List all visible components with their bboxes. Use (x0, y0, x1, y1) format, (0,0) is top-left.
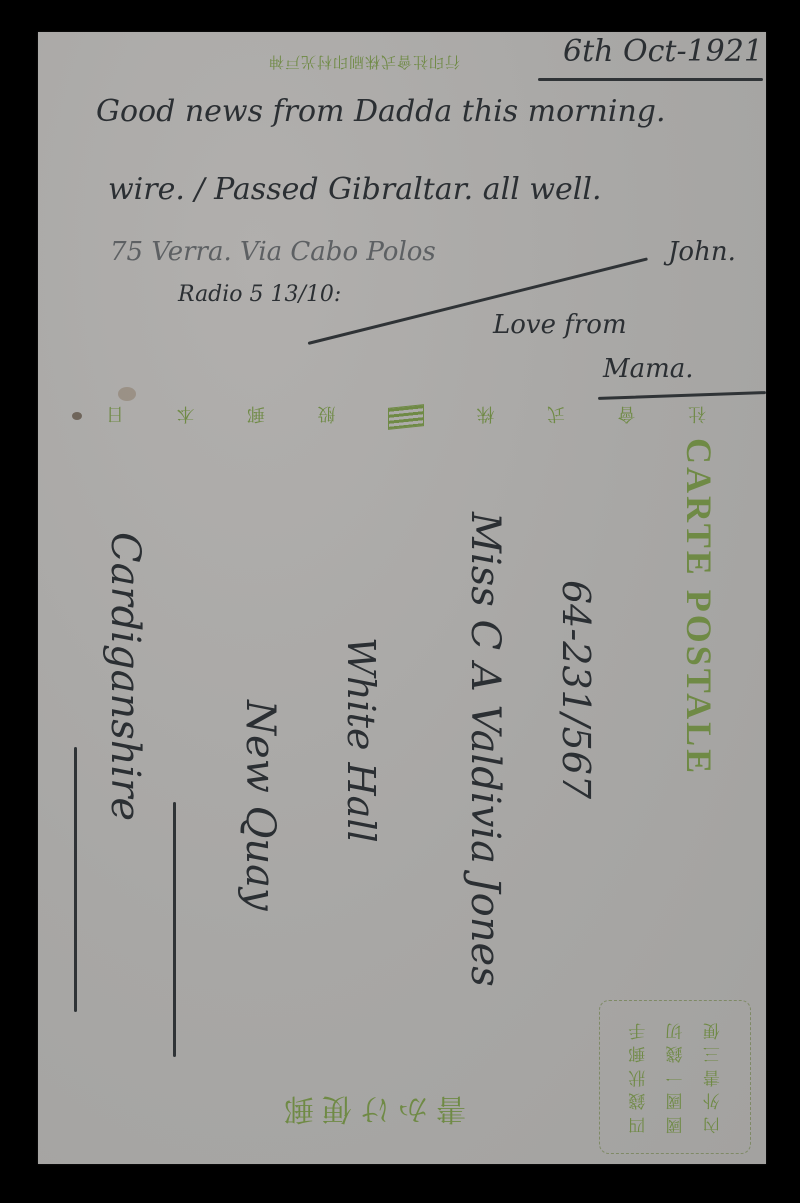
divider-char: 本 (177, 400, 195, 428)
stamp-char: 國 (655, 1088, 692, 1112)
stamp-char: 狀 (618, 1064, 655, 1088)
postcard: 行印社會式株刷印村光戸神 6th Oct-1921 Good news from… (38, 32, 766, 1164)
stamp-char: 內 (693, 1111, 730, 1135)
address-house: White Hall (339, 637, 383, 843)
stamp-char: 郵 (618, 1041, 655, 1065)
divider-char: 社 (688, 400, 706, 428)
address-name: Miss C A Valdivia Jones (462, 512, 508, 987)
stamp-char: 三 (693, 1041, 730, 1065)
signature-mama: Mama. (603, 354, 694, 384)
message-line-2: wire. / Passed Gibraltar. all well. (108, 172, 602, 207)
stamp-char: 便 (693, 1017, 730, 1041)
divider-char: 式 (547, 400, 565, 428)
divider-char: 般 (318, 400, 336, 428)
footer-text: 書かけ便郵 (276, 1090, 466, 1134)
divider-char: 日 (106, 400, 124, 428)
mama-underline (598, 391, 766, 400)
stamp-char: 一 (655, 1064, 692, 1088)
stamp-char: 錢 (618, 1088, 655, 1112)
carte-postale-title: CARTE POSTALE (678, 438, 720, 776)
message-line-4: Radio 5 13/10: (178, 282, 341, 307)
closing-love-from: Love from (493, 310, 627, 340)
divider-char: 郵 (247, 400, 265, 428)
stamp-char: 四 (618, 1111, 655, 1135)
stain (118, 387, 136, 401)
printer-header: 行印社會式株刷印村光戸神 (268, 52, 460, 73)
stamp-char: 國 (655, 1111, 692, 1135)
stamp-char: 切 (655, 1017, 692, 1041)
message-date: 6th Oct-1921 (563, 34, 763, 69)
address-ref: 64-231/567 (554, 580, 598, 799)
county-underline (74, 747, 77, 1012)
stamp-char: 外 (693, 1088, 730, 1112)
signature-john: John. (668, 237, 736, 267)
town-underline (173, 802, 176, 1057)
message-line-3: 75 Verra. Via Cabo Polos (110, 237, 436, 267)
message-line-1: Good news from Dadda this morning. (96, 94, 666, 129)
divider-char: 會 (618, 400, 636, 428)
stamp-char: 手 (618, 1017, 655, 1041)
stamp-box-text: 內 國 四 外 國 錢 書 一 狀 三 錢 郵 便 切 手 (618, 1017, 730, 1135)
address-town: New Quay (237, 700, 283, 911)
address-county: Cardiganshire (102, 532, 148, 821)
stamp-char: 錢 (655, 1041, 692, 1065)
date-underline (538, 78, 763, 81)
stain (72, 412, 82, 420)
flag-icon (388, 404, 424, 430)
divider-char: 株 (477, 400, 495, 428)
stamp-char: 書 (693, 1064, 730, 1088)
divider-row: 社 會 式 株 般 郵 本 日 (106, 400, 706, 428)
